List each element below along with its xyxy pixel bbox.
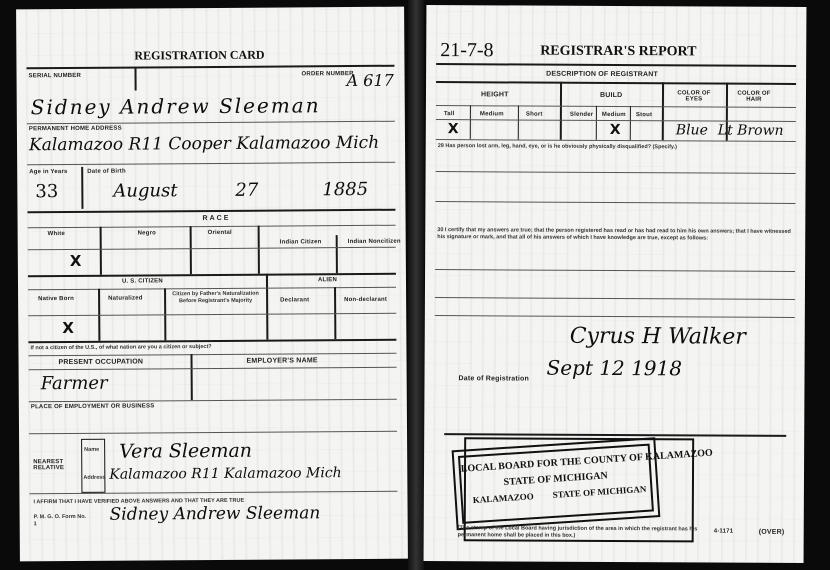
citizen-col-naturalized: Naturalized [108,295,143,301]
build-medium-mark: X [610,122,621,138]
nearest-relative-label: NEAREST RELATIVE [33,459,83,471]
hair-value: Lt Brown [718,123,784,139]
race-col-negro: Negro [138,230,156,236]
divider [436,139,796,142]
card-title: REGISTRATION CARD [134,48,264,64]
registration-card-front: REGISTRATION CARD SERIAL NUMBER ORDER NU… [16,7,408,562]
book-spine [408,0,424,570]
relative-name: Vera Sleeman [119,440,252,463]
birth-day: 27 [235,180,258,201]
citizen-native-mark: X [62,319,74,337]
order-number-value: A 617 [347,71,394,90]
divider [630,106,631,140]
card-code: 21-7-8 [440,39,493,62]
build-col-stout: Stout [636,112,652,118]
divider [27,162,395,166]
divider [28,273,396,278]
divider [596,106,597,140]
height-col-short: Short [526,112,543,118]
divider [436,81,796,85]
divider [29,399,397,403]
stamp-note: (The stamp of the Local Board having jur… [458,525,718,540]
question-29: 29 Has person lost arm, leg, hand, eye, … [438,143,788,152]
alien-col-nondeclarant: Non-declarant [344,297,387,303]
citizen-question: If not a citizen of the U.S., of what na… [30,343,330,352]
divider [100,227,102,275]
height-col-medium: Medium [480,111,504,117]
citizen-heading: U. S. CITIZEN [122,278,163,284]
divider [436,105,796,108]
divider [27,209,395,214]
divider [190,226,192,274]
divider [435,297,795,300]
divider [28,353,396,357]
registrant-name: Sidney Andrew Sleeman [31,93,321,119]
registrant-signature: Sidney Andrew Sleeman [110,503,321,524]
divider [266,274,268,340]
registration-date: Sept 12 1918 [546,356,682,381]
race-col-oriental: Oriental [208,230,232,236]
divider [28,313,396,317]
registrars-report-back: 21-7-8 REGISTRAR'S REPORT DESCRIPTION OF… [424,5,807,563]
registrar-signature: Cyrus H Walker [570,324,746,350]
race-col-indian-citizen: Indian Citizen [280,239,322,245]
divider [27,121,395,125]
divider [134,69,136,91]
divider [470,105,471,139]
over-label: (OVER) [759,529,785,536]
citizen-col-native: Native Born [38,296,74,302]
divider [436,63,796,67]
report-title: REGISTRAR'S REPORT [540,44,696,61]
age-value: 33 [35,181,58,202]
divider [29,431,397,435]
divider [28,339,396,344]
divider [435,315,795,318]
height-col-tall: Tall [444,111,455,117]
certify-text: 30 I certify that my answers are true; t… [437,227,792,243]
divider [436,171,796,174]
divider [662,82,664,140]
build-heading: BUILD [600,92,622,99]
birth-month: August [113,180,177,201]
divider [560,82,562,140]
place-label: PLACE OF EMPLOYMENT OR BUSINESS [31,403,155,410]
hair-heading: COLOR OF HAIR [734,91,774,103]
age-label: Age in Years [29,169,67,175]
birth-year: 1885 [322,179,368,200]
build-col-medium: Medium [602,112,626,118]
address-value: Kalamazoo R11 Cooper Kalamazoo Mich [29,133,379,155]
address-label: PERMANENT HOME ADDRESS [29,126,122,133]
divider [28,287,396,291]
form-code: P. M. G. O. Form No. 1 [34,514,90,528]
birth-label: Date of Birth [87,169,126,175]
alien-heading: ALIEN [318,277,337,283]
alien-col-declarant: Declarant [280,297,309,303]
race-col-indian-noncitizen: Indian Noncitizen [348,239,401,245]
serial-number-label: SERIAL NUMBER [29,73,82,79]
divider [258,226,260,274]
divider [435,201,795,204]
divider [518,105,519,139]
occupation-value: Farmer [41,373,108,394]
divider [26,65,394,70]
stamp-line-4: STATE OF MICHIGAN [552,484,650,500]
relative-address: Kalamazoo R11 Kalamazoo Mich [109,465,341,483]
divider [29,367,397,371]
date-label: Date of Registration [458,375,529,382]
divider [435,269,795,272]
height-tall-mark: X [448,121,459,137]
employer-heading: EMPLOYER'S NAME [247,357,318,364]
divider [28,225,396,229]
divider [336,235,338,273]
divider [444,433,786,437]
relative-name-label: Name [84,447,99,454]
race-heading: RACE [203,215,231,222]
citizen-col-father: Citizen by Father's Naturalization Befor… [168,291,263,306]
build-col-slender: Slender [570,112,593,118]
divider [190,354,192,400]
divider [28,247,396,251]
eyes-heading: COLOR OF EYES [674,90,714,102]
race-col-white: White [48,231,65,237]
relative-address-label: Address [83,475,105,482]
local-board-stamp: LOCAL BOARD FOR THE COUNTY OF KALAMAZOO … [452,437,661,530]
divider [81,167,83,209]
race-white-mark: X [70,252,82,270]
description-heading: DESCRIPTION OF REGISTRANT [546,71,658,79]
occupation-heading: PRESENT OCCUPATION [59,358,144,366]
eyes-value: Blue [676,122,708,138]
form-number: 4-1171 [714,529,734,535]
height-heading: HEIGHT [481,91,509,98]
